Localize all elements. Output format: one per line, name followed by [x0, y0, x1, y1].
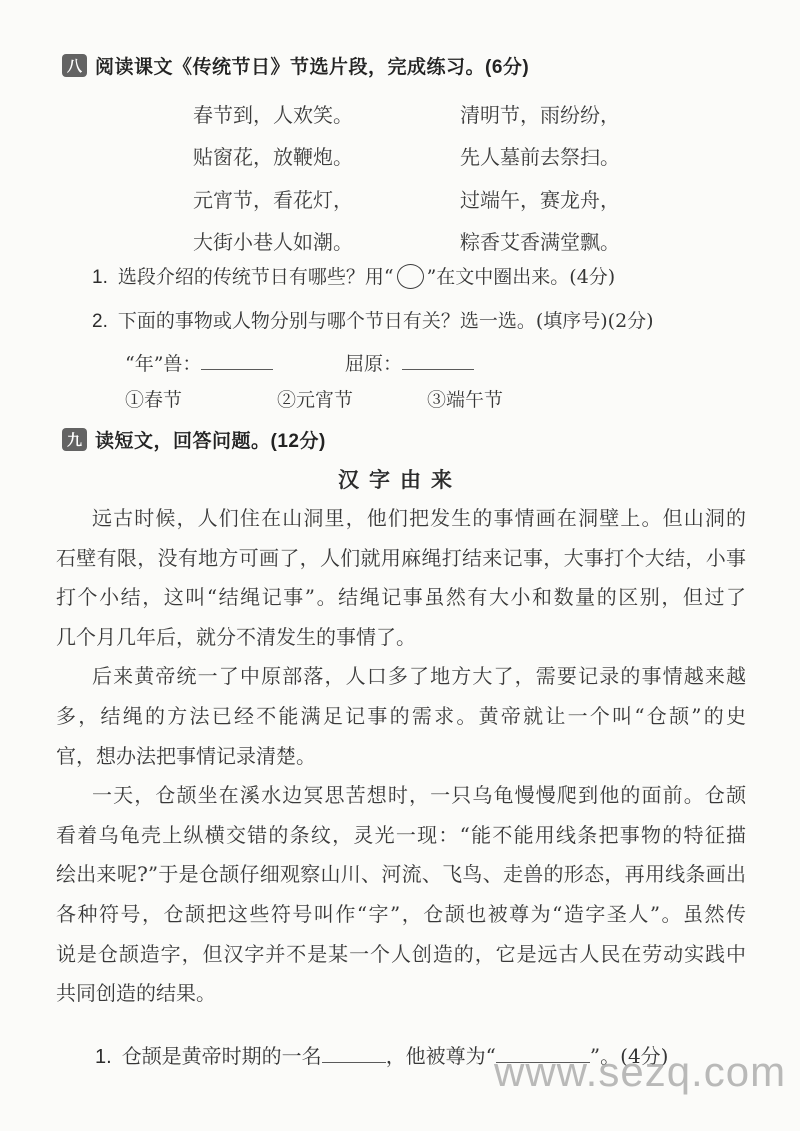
- question-number: 1.: [95, 1046, 112, 1068]
- options-row: ①春节 ②元宵节 ③端午节: [0, 385, 800, 413]
- question-number: 1.: [92, 267, 108, 288]
- passage-line: 石壁有限，没有地方可画了，人们就用麻绳打结来记事，大事打个大结，小事: [56, 539, 746, 579]
- poem-row: 贴窗花，放鞭炮。 先人墓前去祭扫。: [193, 135, 620, 178]
- section-9-title: 读短文，回答问题。(12分): [95, 426, 326, 453]
- passage-line: 绘出来呢?”于是仓颉仔细观察山川、河流、飞鸟、走兽的形态，再用线条画出: [56, 855, 746, 895]
- passage-line: 一天，仓颉坐在溪水边冥思苦想时，一只乌龟慢慢爬到他的面前。仓颉: [56, 776, 746, 816]
- passage-line: 几个月几年后，就分不清发生的事情了。: [56, 618, 746, 658]
- passage-line: 后来黄帝统一了中原部落，人口多了地方大了，需要记录的事情越来越: [56, 657, 746, 697]
- passage-line: 打个小结，这叫“结绳记事”。结绳记事虽然有大小和数量的区别，但过了: [56, 578, 746, 618]
- passage-line: 共同创造的结果。: [56, 974, 746, 1014]
- poem-row: 春节到，人欢笑。 清明节，雨纷纷，: [193, 92, 620, 135]
- worksheet-page: 八 阅读课文《传统节日》节选片段，完成练习。(6分) 春节到，人欢笑。 清明节，…: [0, 0, 800, 1131]
- question-8-2: 2.下面的事物或人物分别与哪个节日有关？选一选。(填序号)(2分): [92, 306, 654, 333]
- poem-line: 过端午，赛龙舟，: [460, 184, 620, 213]
- match-row: “年”兽： 屈原：: [0, 349, 800, 377]
- question-text-part1: 仓颉是黄帝时期的一名: [122, 1044, 322, 1068]
- poem-line: 贴窗花，放鞭炮。: [193, 141, 460, 170]
- answer-blank-quyuan: [402, 351, 474, 370]
- poem-line: 春节到，人欢笑。: [193, 99, 460, 128]
- section-9-badge: 九: [62, 428, 87, 451]
- match-item-nian: “年”兽：: [125, 349, 273, 376]
- poem-row: 大街小巷人如潮。 粽香艾香满堂飘。: [193, 220, 620, 263]
- poem-line: 粽香艾香满堂飘。: [460, 226, 620, 255]
- answer-blank-nian: [201, 351, 273, 370]
- question-text: 下面的事物或人物分别与哪个节日有关？选一选。(填序号)(2分): [118, 310, 654, 332]
- answer-blank-role: [322, 1044, 386, 1063]
- circle-mark-icon: [397, 264, 424, 289]
- passage-line: 各种符号，仓颉把这些符号叫作“字”，仓颉也被尊为“造字圣人”。虽然传: [56, 895, 746, 935]
- passage-line: 远古时候，人们住在山洞里，他们把发生的事情画在洞壁上。但山洞的: [56, 499, 746, 539]
- question-text-after: ”在文中圈出来。(4分): [427, 266, 616, 288]
- section-8-title: 阅读课文《传统节日》节选片段，完成练习。(6分): [95, 52, 529, 79]
- passage-line: 官，想办法把事情记录清楚。: [56, 737, 746, 777]
- question-text-before: 选段介绍的传统节日有哪些？用“: [118, 266, 394, 288]
- option-1: ①春节: [125, 385, 182, 412]
- watermark-text: www.sezq.com: [494, 1048, 786, 1096]
- poem-line: 元宵节，看花灯，: [193, 184, 460, 213]
- question-8-1: 1.选段介绍的传统节日有哪些？用“”在文中圈出来。(4分): [92, 262, 615, 289]
- passage-body: 远古时候，人们住在山洞里，他们把发生的事情画在洞壁上。但山洞的 石壁有限，没有地…: [56, 499, 746, 1014]
- section-8-header: 八 阅读课文《传统节日》节选片段，完成练习。(6分): [62, 52, 529, 79]
- match-label: 屈原：: [345, 353, 402, 375]
- poem-excerpt: 春节到，人欢笑。 清明节，雨纷纷， 贴窗花，放鞭炮。 先人墓前去祭扫。 元宵节，…: [193, 92, 620, 262]
- section-8-badge: 八: [62, 54, 87, 77]
- option-3: ③端午节: [427, 385, 503, 412]
- question-number: 2.: [92, 311, 108, 332]
- match-label: “年”兽：: [125, 353, 201, 375]
- poem-line: 大街小巷人如潮。: [193, 226, 460, 255]
- passage-line: 看着乌龟壳上纵横交错的条纹，灵光一现：“能不能用线条把事物的特征描: [56, 816, 746, 856]
- passage-line: 多，结绳的方法已经不能满足记事的需求。黄帝就让一个叫“仓颉”的史: [56, 697, 746, 737]
- question-text-part2: ，他被尊为“: [386, 1044, 496, 1068]
- passage-title: 汉字由来: [0, 464, 800, 494]
- section-9-header: 九 读短文，回答问题。(12分): [62, 426, 326, 453]
- poem-row: 元宵节，看花灯， 过端午，赛龙舟，: [193, 177, 620, 220]
- poem-line: 清明节，雨纷纷，: [460, 99, 620, 128]
- poem-line: 先人墓前去祭扫。: [460, 141, 620, 170]
- option-2: ②元宵节: [277, 385, 353, 412]
- match-item-quyuan: 屈原：: [345, 349, 474, 376]
- passage-line: 说是仓颉造字，但汉字并不是某一个人创造的，它是远古人民在劳动实践中: [56, 935, 746, 975]
